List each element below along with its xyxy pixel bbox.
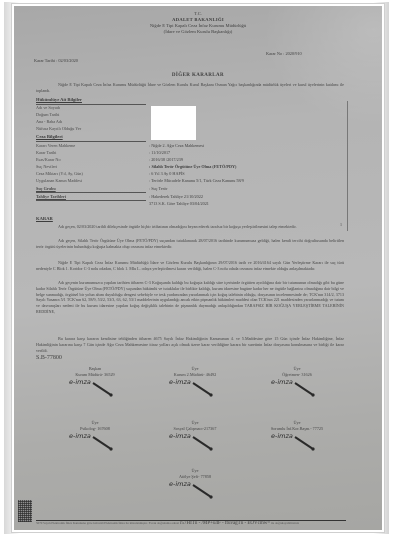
value-ceza-miktari: : 6 Yıl 3 Ay 0 HAPİS — [149, 171, 185, 177]
karar-paragraph-4: Adı geçenin kurumumuzca yapılan tarihten… — [36, 280, 344, 315]
label-suc-nevileri: Suç Nevileri — [36, 164, 57, 170]
signature-uye-1: Üye Kurum 2.Müdürü- 46492 e-imza — [140, 366, 250, 399]
redacted-personal-info — [151, 106, 196, 140]
hukumlu-section-title: Hükümlüye Ait Bilgiler — [36, 97, 82, 102]
divider — [36, 141, 146, 142]
label-kanun-maddesi: Uygulanan Kanun Maddesi — [36, 178, 82, 184]
signature-name: Psikolog- 167608 — [40, 426, 150, 432]
label-ad-soyad: Adı ve Soyadı — [36, 105, 60, 111]
karar-section-title: KARAR — [36, 216, 53, 221]
label-dogum-tarihi: Doğum Tarihi — [36, 112, 59, 118]
value-esas-karar: : 2016/38 /2017/239 — [149, 157, 183, 163]
value-suc-nevileri: : Silahlı Terör Örgütüne Üye Olma (FETÖ/… — [149, 164, 236, 170]
signature-uye-2: Üye Öğretmen- 31626 e-imza — [242, 366, 352, 399]
e-signature-icon: e-imza — [65, 379, 125, 397]
e-signature-icon: e-imza — [165, 433, 225, 451]
value-mahkeme: : Niğde 2. Ağır Ceza Mahkemesi — [149, 143, 204, 149]
e-signature-icon: e-imza — [65, 433, 125, 451]
karar-paragraph-3: Niğde E Tipi Kapalı Ceza İnfaz Kurumu Mü… — [36, 260, 344, 272]
intro-paragraph: Niğde E Tipi Kapalı Ceza İnfaz Kurumu Mü… — [36, 82, 344, 94]
signature-name: Atölye Şefi- 77858 — [140, 474, 250, 480]
signature-name: Kurum Müdürü- 36529 — [40, 372, 150, 378]
document-title: DİĞER KARARLAR — [14, 73, 382, 78]
e-signature-icon: e-imza — [165, 379, 225, 397]
signature-name: Kurum 2.Müdürü- 46492 — [140, 372, 250, 378]
footer-small-text: 5070 Sayılı Elektronik İmza Kanununa gör… — [36, 521, 179, 525]
divider — [36, 192, 146, 193]
value-karar-tarihi: : 11/10/2017 — [149, 150, 170, 156]
label-nufus-yer: Nüfusa Kayıtlı Olduğu Yer — [36, 126, 81, 132]
e-signature-icon: e-imza — [267, 379, 327, 397]
signature-uye-6: Üye Atölye Şefi- 77858 e-imza — [140, 468, 250, 501]
table-right-border — [347, 101, 348, 231]
header-board: (İdare ve Gözlem Kurulu Başkanlığı) — [14, 29, 382, 35]
footer-tail: ile doğrulayabilirsiniz — [271, 521, 299, 525]
karar-paragraph-5: Bu karara karşı kararın kendisine tebliğ… — [36, 336, 344, 353]
e-signature-icon: e-imza — [165, 481, 225, 499]
document-photo: T.C. ADALET BAKANLIĞI Niğde E Tipi Kapal… — [12, 4, 384, 532]
value-tahliye-1: : Hakederek Tahliye 21/10/2022 — [149, 194, 203, 200]
label-esas-karar: Esas/Karar No — [36, 157, 61, 163]
e-signature-icon: e-imza — [267, 433, 327, 451]
signature-uye-5: Üye Sorumlu İnf.Kor.Başm.- 77725 e-imza — [242, 420, 352, 453]
karar-paragraph-2: Adı geçen, Silahlı Terör Örgütüne Üye Ol… — [36, 238, 344, 250]
signature-uye-3: Üye Psikolog- 167608 e-imza — [40, 420, 150, 453]
label-karar-tarihi: Karar Tarihi — [36, 150, 56, 156]
karar-paragraph-1: Adı geçen, 02/03/2020 tarihli dilekçesin… — [36, 224, 344, 230]
ceza-section-title: Ceza Bilgileri — [36, 134, 63, 139]
signature-baskan: Başkan Kurum Müdürü- 36529 e-imza — [40, 366, 150, 399]
sb-code: S.B-77800 — [36, 355, 62, 361]
signature-uye-4: Üye Sosyal Çalışmacı-217367 e-imza — [140, 420, 250, 453]
verification-code: r57HITn - /MP+u4F - ftuvagTn - EOVcmw= — [180, 521, 270, 526]
karar-no: Karar No : 2020/910 — [266, 51, 302, 57]
karar-tarihi: Karar Tarihi : 02/03/2020 — [34, 58, 78, 64]
signature-name: Sorumlu İnf.Kor.Başm.- 77725 — [242, 426, 352, 432]
signature-name: Öğretmen- 31626 — [242, 372, 352, 378]
value-kanun-maddesi: : Terörle Mücadele Kanunu 5/1, Türk Ceza… — [149, 178, 244, 184]
label-ana-baba: Ana - Baba Adı — [36, 119, 62, 125]
footer: 5070 Sayılı Elektronik İmza Kanununa gör… — [36, 521, 346, 526]
qr-code — [18, 500, 32, 522]
value-suc-grubu: : Suç Terör — [149, 186, 167, 192]
divider — [36, 200, 146, 201]
label-mahkeme: Kararı Veren Mahkeme — [36, 143, 75, 149]
label-ceza-miktari: Ceza Miktarı (Yıl, Ay, Gün) — [36, 171, 83, 177]
signature-name: Sosyal Çalışmacı-217367 — [140, 426, 250, 432]
value-tahliye-2: 3713 S.K. Göre Tahliye 03/04/2021 — [149, 201, 209, 207]
